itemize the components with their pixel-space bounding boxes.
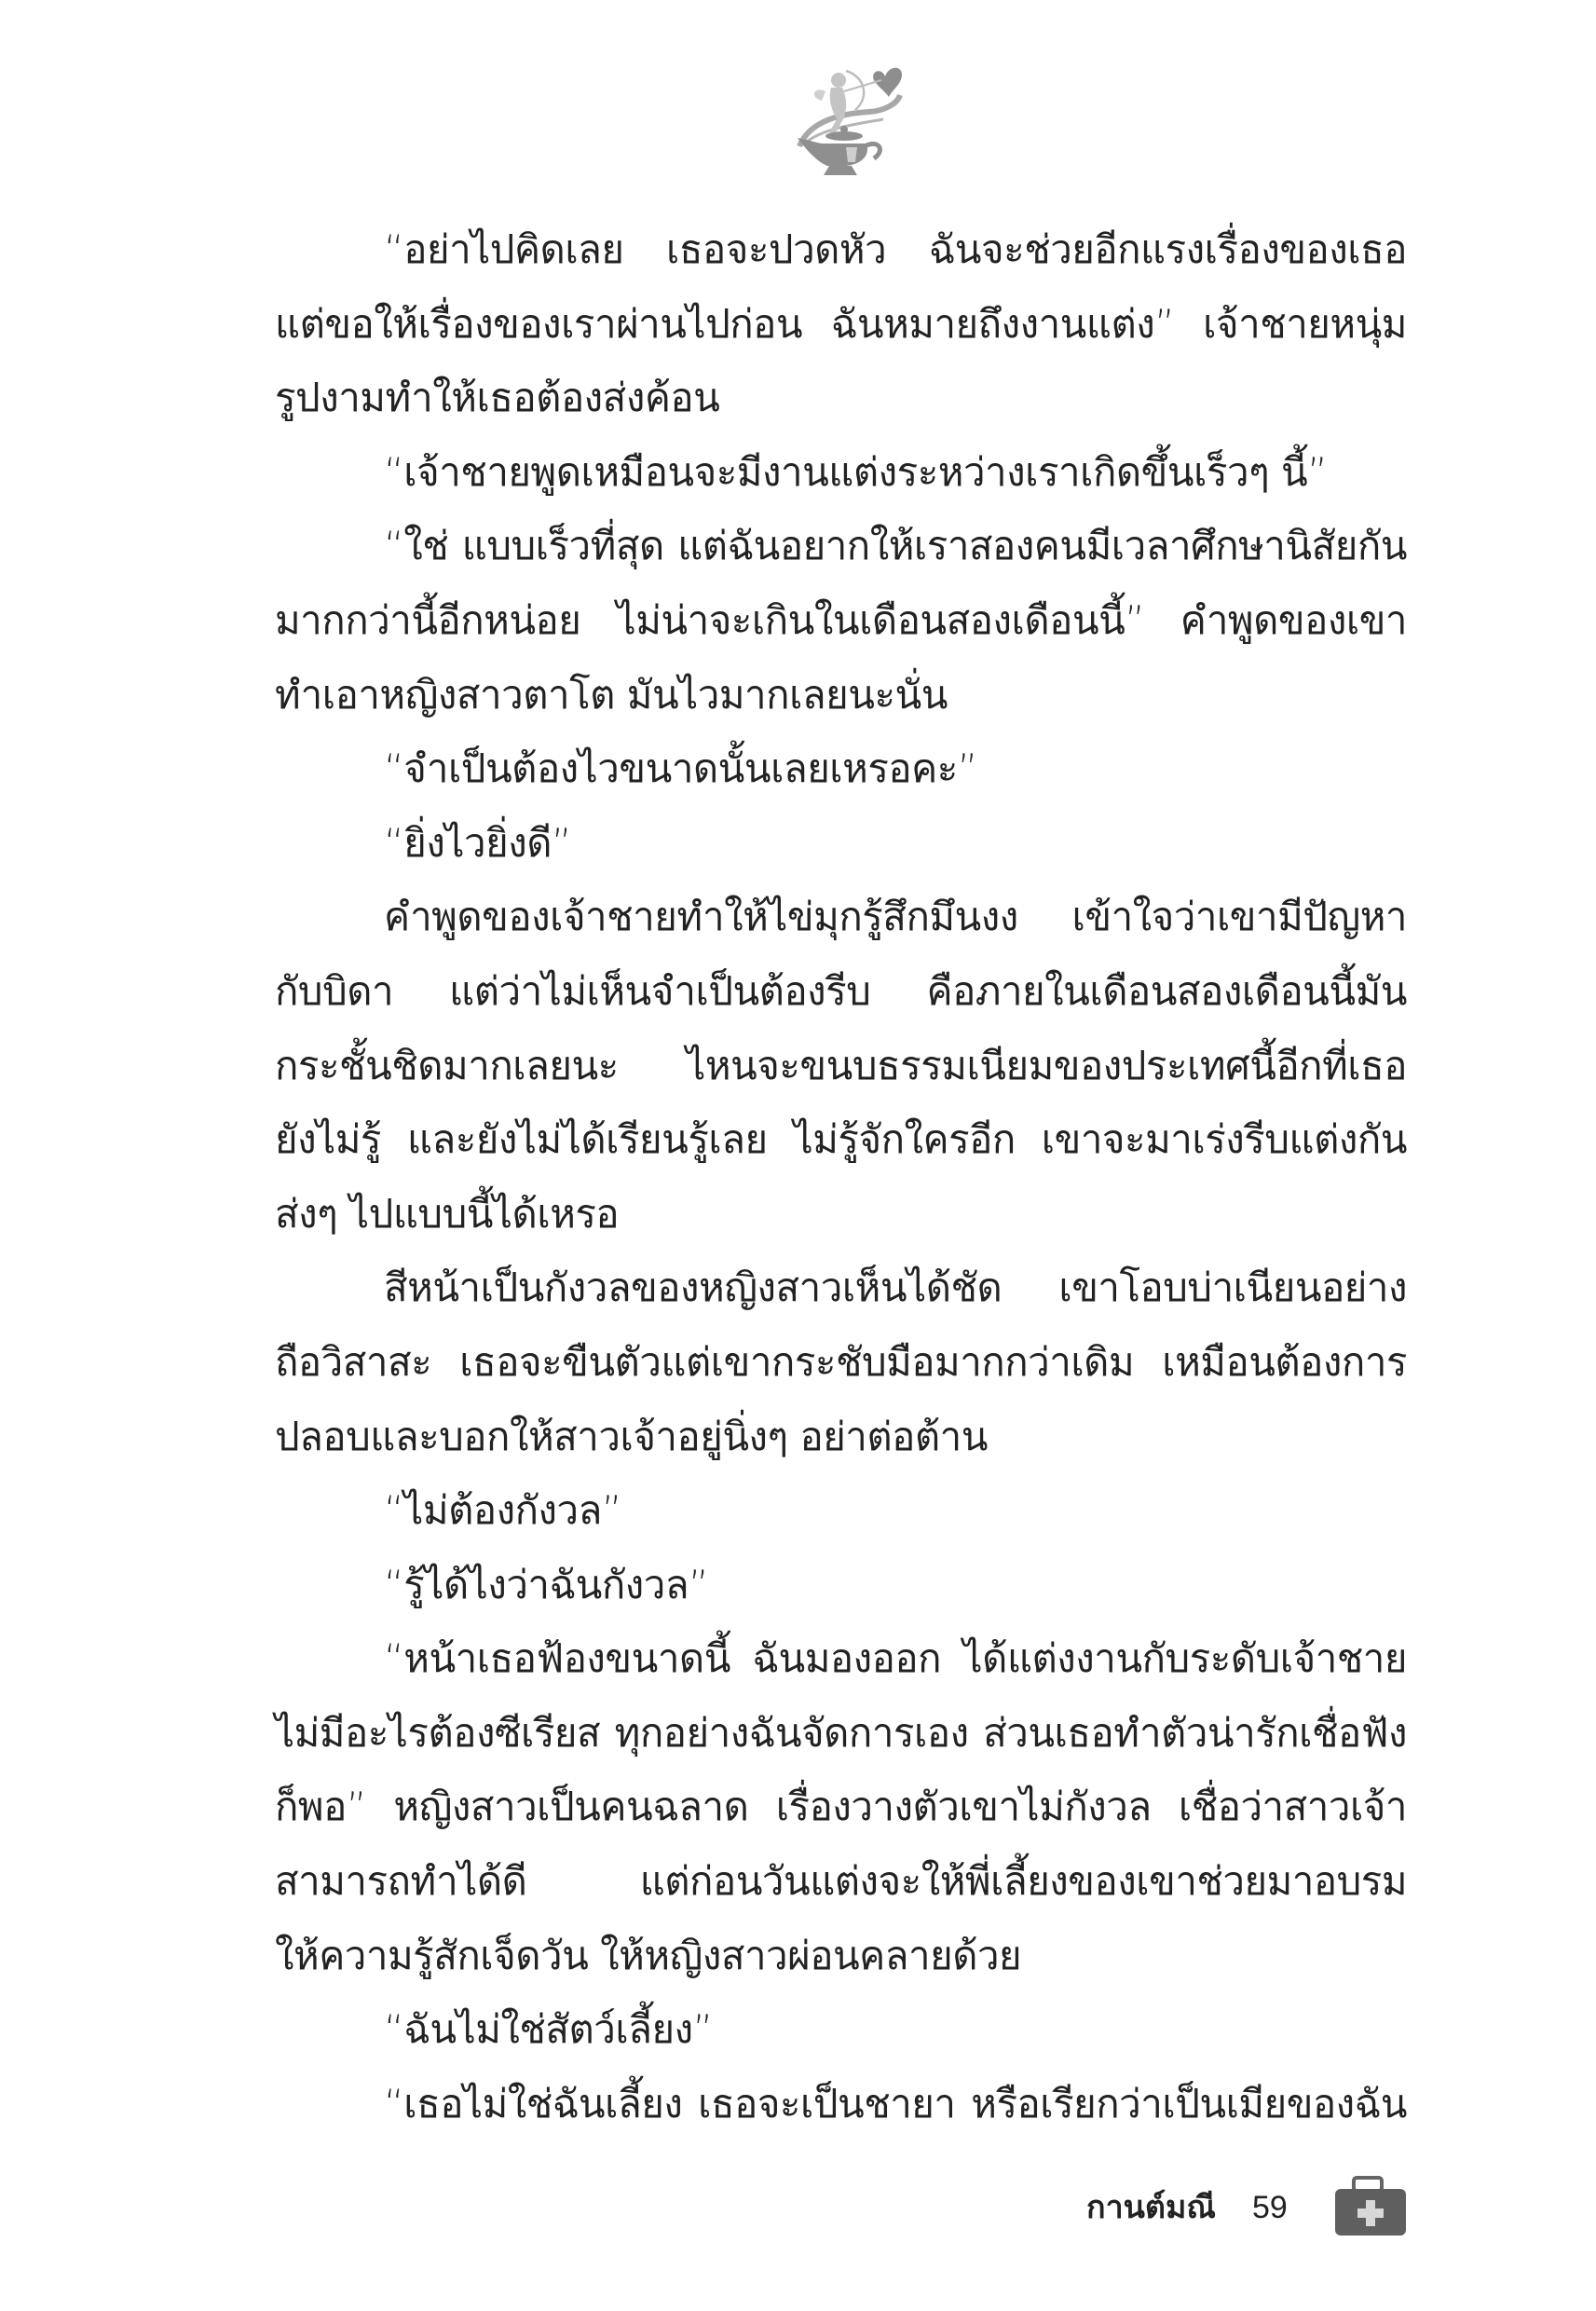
text-line: ส่งๆ ไปแบบนี้ได้เหรอ <box>275 1177 1407 1251</box>
text-line: “หน้าเธอฟ้องขนาดนี้ ฉันมองออก ได้แต่งงาน… <box>275 1621 1407 1696</box>
page-body-text: “อย่าไปคิดเลย เธอจะปวดหัว ฉันจะช่วยอีกแร… <box>275 212 1407 2140</box>
text-line: “ยิ่งไวยิ่งดี” <box>275 806 1407 881</box>
text-line: “ใช่ แบบเร็วที่สุด แต่ฉันอยากให้เราสองคน… <box>275 509 1407 583</box>
text-line: สีหน้าเป็นกังวลของหญิงสาวเห็นได้ชัด เขาโ… <box>275 1251 1407 1325</box>
text-line: “อย่าไปคิดเลย เธอจะปวดหัว ฉันจะช่วยอีกแร… <box>275 212 1407 287</box>
lamp-cupid-ornament-icon <box>781 58 911 179</box>
text-line: คำพูดของเจ้าชายทำให้ไข่มุกรู้สึกมึนงง เข… <box>275 880 1407 954</box>
text-line: ให้ความรู้สักเจ็ดวัน ให้หญิงสาวผ่อนคลายด… <box>275 1919 1407 1993</box>
page-footer: กานต์มณี 59 <box>1081 2176 1409 2237</box>
text-line: ไม่มีอะไรต้องซีเรียส ทุกอย่างฉันจัดการเอ… <box>275 1696 1407 1771</box>
text-line: สามารถทำได้ดี แต่ก่อนวันแต่งจะให้พี่เลี้… <box>275 1844 1407 1919</box>
text-line: ปลอบและบอกให้สาวเจ้าอยู่นิ่งๆ อย่าต่อต้า… <box>275 1400 1407 1474</box>
page-number: 59 <box>1252 2187 1288 2228</box>
text-line: ก็พอ” หญิงสาวเป็นคนฉลาด เรื่องวางตัวเขาไ… <box>275 1770 1407 1844</box>
text-line: “ฉันไม่ใช่สัตว์เลี้ยง” <box>275 1992 1407 2067</box>
text-line: รูปงามทำให้เธอต้องส่งค้อน <box>275 361 1407 435</box>
text-line: ถือวิสาสะ เธอจะขืนตัวแต่เขากระชับมือมากก… <box>275 1325 1407 1400</box>
text-line: กับบิดา แต่ว่าไม่เห็นจำเป็นต้องรีบ คือภา… <box>275 954 1407 1029</box>
text-line: “เธอไม่ใช่ฉันเลี้ยง เธอจะเป็นชายา หรือเร… <box>275 2067 1407 2141</box>
text-line: “เจ้าชายพูดเหมือนจะมีงานแต่งระหว่างเราเก… <box>275 435 1407 510</box>
text-line: กระชั้นชิดมากเลยนะ ไหนจะขนบธรรมเนียมของป… <box>275 1029 1407 1103</box>
text-line: แต่ขอให้เรื่องของเราผ่านไปก่อน ฉันหมายถึ… <box>275 287 1407 362</box>
text-line: ยังไม่รู้ และยังไม่ได้เรียนรู้เลย ไม่รู้… <box>275 1102 1407 1177</box>
book-title: กานต์มณี <box>1086 2187 1216 2228</box>
text-line: “รู้ได้ไงว่าฉันกังวล” <box>275 1548 1407 1622</box>
text-line: มากกว่านี้อีกหน่อย ไม่น่าจะเกินในเดือนสอ… <box>275 583 1407 658</box>
text-line: “ไม่ต้องกังวล” <box>275 1473 1407 1548</box>
first-aid-kit-icon <box>1332 2176 1409 2237</box>
text-line: ทำเอาหญิงสาวตาโต มันไวมากเลยนะนั่น <box>275 658 1407 732</box>
text-line: “จำเป็นต้องไวขนาดนั้นเลยเหรอคะ” <box>275 732 1407 806</box>
